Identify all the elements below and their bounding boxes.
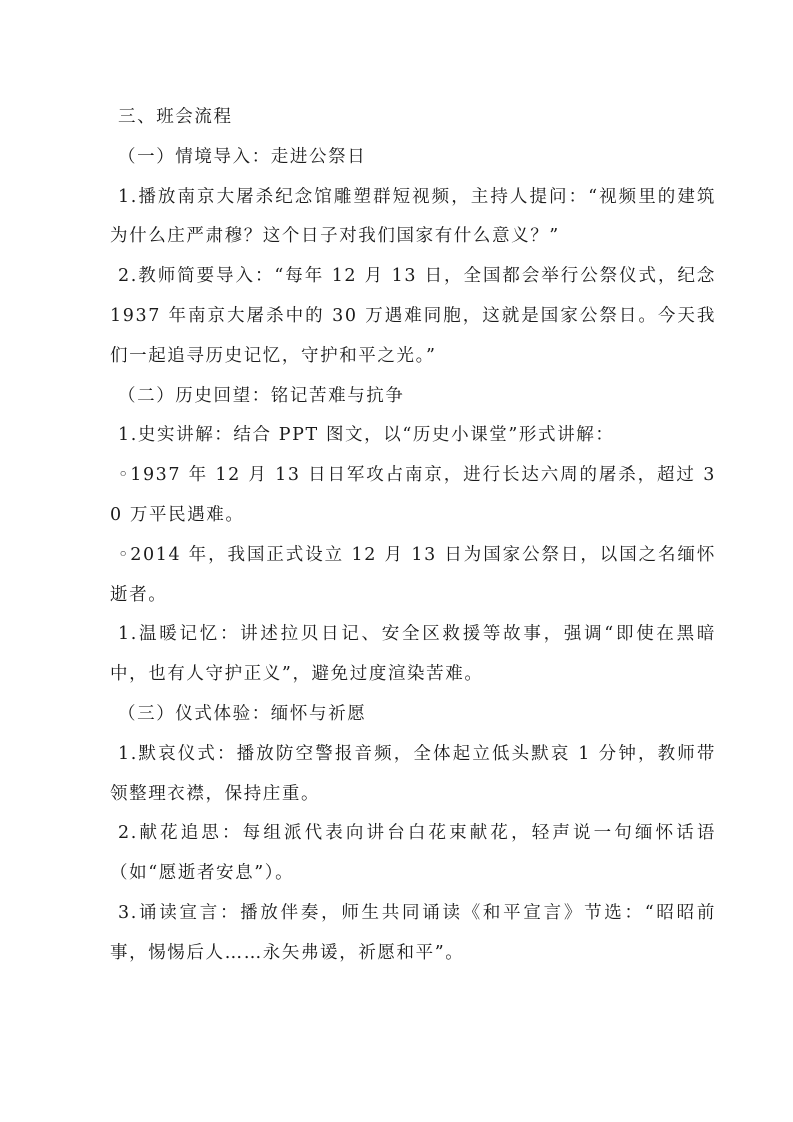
subsection-heading-3: （三）仪式体验：缅怀与祈愿 [110, 695, 716, 735]
paragraph: 3.诵读宣言：播放伴奏，师生共同诵读《和平宣言》节选：“昭昭前事，惕惕后人……永… [110, 894, 716, 974]
subsection-heading-1: （一）情境导入：走进公祭日 [110, 138, 716, 178]
paragraph: 1.默哀仪式：播放防空警报音频，全体起立低头默哀 1 分钟，教师带领整理衣襟，保… [110, 735, 716, 815]
paragraph: 1.史实讲解：结合 PPT 图文，以“历史小课堂”形式讲解： [110, 416, 716, 456]
paragraph: 1.播放南京大屠杀纪念馆雕塑群短视频，主持人提问：“视频里的建筑为什么庄严肃穆？… [110, 178, 716, 258]
bullet-paragraph: ◦1937 年 12 月 13 日日军攻占南京，进行长达六周的屠杀，超过 30 … [110, 456, 716, 536]
paragraph: 2.献花追思：每组派代表向讲台白花束献花，轻声说一句缅怀话语（如“愿逝者安息”）… [110, 814, 716, 894]
bullet-paragraph: ◦2014 年，我国正式设立 12 月 13 日为国家公祭日，以国之名缅怀逝者。 [110, 536, 716, 616]
subsection-heading-2: （二）历史回望：铭记苦难与抗争 [110, 377, 716, 417]
paragraph: 2.教师简要导入：“每年 12 月 13 日，全国都会举行公祭仪式，纪念 193… [110, 257, 716, 376]
document-page: 三、班会流程 （一）情境导入：走进公祭日 1.播放南京大屠杀纪念馆雕塑群短视频，… [110, 98, 716, 974]
paragraph: 1.温暖记忆：讲述拉贝日记、安全区救援等故事，强调“即使在黑暗中，也有人守护正义… [110, 615, 716, 695]
section-title: 三、班会流程 [110, 98, 716, 138]
